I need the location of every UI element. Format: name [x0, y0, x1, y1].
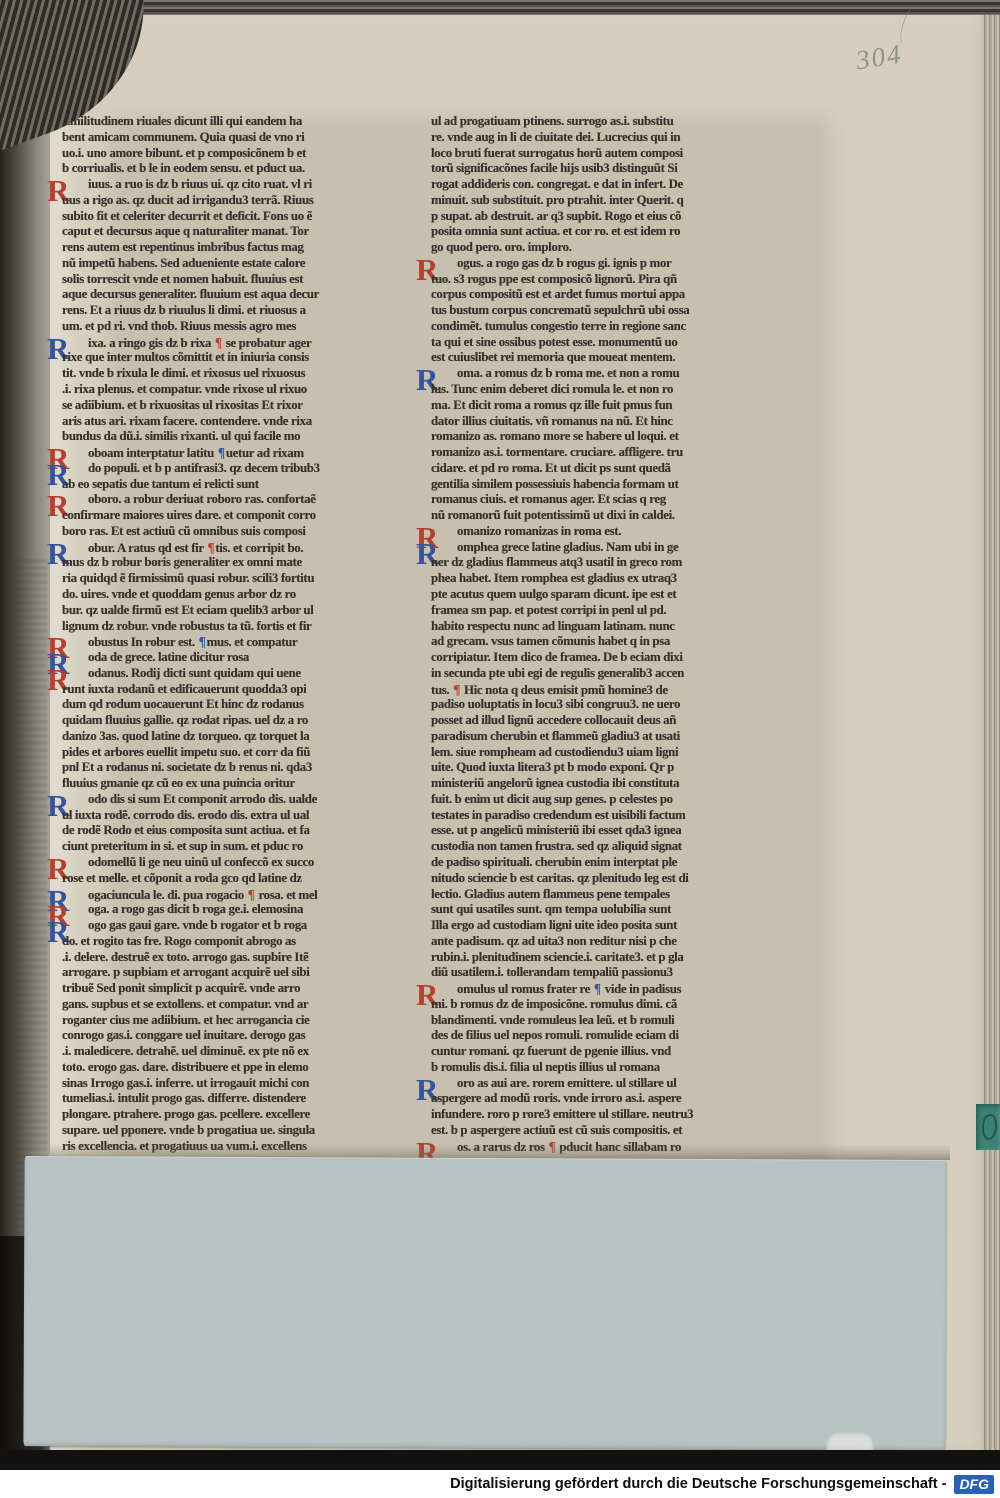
text-line: se adiibium. et b rixuositas ul rixosita…	[62, 398, 398, 414]
text-line: posita omnia sunt actiua. et cor ro. et …	[431, 224, 773, 240]
text-line: Roga. a rogo gas dicit b roga ge.i. elem…	[62, 902, 398, 918]
text-line: Rdo populi. et b p antifrasi3. qz decem …	[62, 461, 398, 477]
text-line: condimẽt. tumulus congestio terre in reg…	[431, 319, 773, 335]
text-line: lem. siue rompheam ad custodiendu3 uiam …	[431, 745, 773, 761]
text-line: Robur. A ratus qd est fir ¶tis. et corri…	[62, 540, 398, 556]
text-line: loco bruti fuerat surrogatus horũ autem …	[431, 146, 773, 162]
text-line: nũ impetũ habens. Sed adueniente estate …	[62, 256, 398, 272]
text-line: rixe que inter multos cõmittit et in ini…	[62, 350, 398, 366]
text-line: des de filius uel nepos romuli. romulide…	[431, 1028, 773, 1044]
text-line: lignum dz robur. vnde robustus ta tũ. fo…	[62, 619, 398, 635]
paragraph-mark: ¶	[217, 445, 226, 460]
fore-edge-pages	[982, 12, 1000, 1452]
footer-bar: Digitalisierung gefördert durch die Deut…	[0, 1470, 1000, 1498]
text-line: b corriualis. et b le in eodem sensu. et…	[62, 161, 398, 177]
text-line: go quod pero. oro. imploro.	[431, 240, 773, 256]
text-line: Roboam interptatur latitu ¶uetur ad rixa…	[62, 445, 398, 461]
text-line: runt iuxta rodanũ et edificauerunt quodd…	[62, 682, 398, 698]
text-line: similitudinem riuales dicunt illi qui ea…	[62, 114, 398, 130]
text-line: tumelias.i. intulit progo gas. differre.…	[62, 1091, 398, 1107]
text-line: blandimenti. vnde romuleus lea leũ. et b…	[431, 1013, 773, 1029]
text-line: .i. maledicere. detrahẽ. uel diminuẽ. ex…	[62, 1044, 398, 1060]
text-line: fluuius gmanie qz cũ eo ex una puincia o…	[62, 776, 398, 792]
text-line: testates in paradiso credendum est uisib…	[431, 808, 773, 824]
text-line: in secunda pte ubi egi de regulis genera…	[431, 666, 773, 682]
text-line: custodia non tamen frustra. sed qz aliqu…	[431, 839, 773, 855]
text-line: .i. rixa plenus. et compatur. vnde rixos…	[62, 382, 398, 398]
text-line: confirmare maiores uires dare. et compon…	[62, 508, 398, 524]
photo-bottom-edge	[0, 1450, 1000, 1470]
text-line: do. uires. vnde et quoddam genus arbor d…	[62, 587, 398, 603]
text-line: uite. Quod iuxta litera3 pt b modo expon…	[431, 760, 773, 776]
text-line: rens. Et a riuus dz b riuulus li dimi. e…	[62, 303, 398, 319]
text-line: do. et rogito tas fre. Rogo componit abr…	[62, 934, 398, 950]
text-line: solis torrescit vnde et nomen habuit. fl…	[62, 272, 398, 288]
text-line: ta qui et sine ossibus potest esse. monu…	[431, 335, 773, 351]
top-page-edges-band	[0, 0, 1000, 15]
digitized-manuscript-photo: { "page_number": "304", "footer": { "cre…	[0, 0, 1000, 1498]
footer-credit-text: Digitalisierung gefördert durch die Deut…	[450, 1476, 946, 1492]
text-line: plongare. ptrahere. progo gas. pcellere.…	[62, 1107, 398, 1123]
text-line: ul iuxta rodẽ. corrodo dis. erodo dis. e…	[62, 808, 398, 824]
text-line: Roda de grece. latine dicitur rosa	[62, 650, 398, 666]
text-line: torũ significacõnes facile hijs usib3 di…	[431, 161, 773, 177]
text-line: Robustus In robur est. ¶mus. et compatur	[62, 634, 398, 650]
text-line: dator illius ciuitatis. vñ romanus na nũ…	[431, 414, 773, 430]
paragraph-mark: ¶	[452, 682, 461, 697]
text-line: danizo 3as. quod latine dz torqueo. qz t…	[62, 729, 398, 745]
text-line: posset ad illud lignũ accedere collocaui…	[431, 713, 773, 729]
text-line: ner dz gladius flammeus atq3 usatil in g…	[431, 555, 773, 571]
paragraph-mark: ¶	[214, 335, 223, 350]
text-line: Rixa. a ringo gis dz b rixa ¶ se probatu…	[62, 335, 398, 351]
text-line: tuo. s3 rogus ppe est composicõ lignorũ.…	[431, 272, 773, 288]
text-line: toto. erogo gas. dare. distribuere et pp…	[62, 1060, 398, 1076]
text-line: gans. supbus et se extollens. et compatu…	[62, 997, 398, 1013]
text-line: tit. vnde b rixula le dimi. et rixosus u…	[62, 366, 398, 382]
text-line: Roro as aui are. rorem emittere. ul stil…	[431, 1076, 773, 1092]
text-line: gentilia similem possessiuis habencia fo…	[431, 477, 773, 493]
text-line: mus dz b robur boris generaliter ex omni…	[62, 555, 398, 571]
text-line: romanizo as.i. tormentare. cruciare. aff…	[431, 445, 773, 461]
text-line: um. et pd ri. vnd thob. Riuus messis agr…	[62, 319, 398, 335]
text-line: rose et melle. et cõponit a roda gco qd …	[62, 871, 398, 887]
text-line: ciunt preteritum in si. et sup in sum. e…	[62, 839, 398, 855]
text-line: pides et arbores euellit impetu suo. et …	[62, 745, 398, 761]
text-line: fuit. b enim ut dicit aug sup genes. p c…	[431, 792, 773, 808]
paragraph-mark: ¶	[206, 540, 215, 555]
text-line: de rodẽ Rodo et eius composita sunt acti…	[62, 823, 398, 839]
text-line: lectio. Gladius autem flammeus pene temp…	[431, 887, 773, 903]
text-line: romanizo as. romano more se habere ul lo…	[431, 429, 773, 445]
text-line: ministeriũ angelorũ ignea custodia ibi c…	[431, 776, 773, 792]
text-line: rogat addideris con. congregat. e dat in…	[431, 177, 773, 193]
text-line: tus bustum corpus concrematũ sepulchrũ u…	[431, 303, 773, 319]
spine-showthrough-text	[2, 560, 48, 1250]
text-line: mi. b romus dz de imposicõne. romulus di…	[431, 997, 773, 1013]
text-line: corpus compositũ est et ardet fumus mort…	[431, 287, 773, 303]
text-line: ria quidqd ẽ firmissimũ quasi robur. sci…	[62, 571, 398, 587]
text-line: corripiatur. Item dico de framea. De b e…	[431, 650, 773, 666]
text-line: Romulus ul romus frater re ¶ vide in pad…	[431, 981, 773, 997]
text-line: minuit. sub substituit. pro ptrahit. int…	[431, 193, 773, 209]
text-line: bundus da dũ.i. similis rixanti. ul qui …	[62, 429, 398, 445]
text-line: ad grecam. vsus tamen cõmunis habet q in…	[431, 634, 773, 650]
text-line: Rogo gas gaui gare. vnde b rogator et b …	[62, 918, 398, 934]
text-line: ul ad progatiuam ptinens. surrogo as.i. …	[431, 114, 773, 130]
text-line: rens autem est repentinus imbribus factu…	[62, 240, 398, 256]
text-line: est cuiuslibet rei memoria que moueat me…	[431, 350, 773, 366]
text-line: uus a rigo as. qz ducit ad irrigandu3 te…	[62, 193, 398, 209]
text-column-right: ul ad progatiuam ptinens. surrogo as.i. …	[431, 114, 773, 1155]
text-line: ma. Et dicit roma a romus qz ille fuit p…	[431, 398, 773, 414]
text-line: caput et decursus aque q naturaliter man…	[62, 224, 398, 240]
text-line: quidam fluuius gallie. qz rodat ripas. u…	[62, 713, 398, 729]
text-line: .i. delere. destruẽ ex toto. arrogo gas.…	[62, 950, 398, 966]
paragraph-mark: ¶	[593, 981, 602, 996]
text-line: sinas Irrogo gas.i. inferre. ut irrogaui…	[62, 1076, 398, 1092]
text-line: nũ romanorũ fuit potentissimũ ut dixi in…	[431, 508, 773, 524]
text-line: subito fit et celeriter decurrit et defi…	[62, 209, 398, 225]
text-line: dum qd rodum uocauerunt Et hinc dz rodan…	[62, 697, 398, 713]
text-line: bent amicam communem. Quia quasi de vno …	[62, 130, 398, 146]
text-line: cuntur romani. qz fuerunt de pgenie illi…	[431, 1044, 773, 1060]
paragraph-mark: ¶	[198, 634, 207, 649]
text-line: Rodo dis si sum Et componit arrodo dis. …	[62, 792, 398, 808]
text-line: Rodomellũ li ge neu uinũ ul confeccõ ex …	[62, 855, 398, 871]
text-line: arrogare. p supbiam et arrogant acquirẽ …	[62, 965, 398, 981]
text-line: padiso uoluptatis in locu3 sibi congruu3…	[431, 697, 773, 713]
text-line: boro ras. Et est actiuũ cũ omnibus suis …	[62, 524, 398, 540]
text-line: conrogo gas.i. conggare uel inuitare. de…	[62, 1028, 398, 1044]
text-line: romanus ciuis. et romanus ager. Et scias…	[431, 492, 773, 508]
text-line: Roboro. a robur deriuat roboro ras. conf…	[62, 492, 398, 508]
text-line: ab eo sepatis due tantum ei relicti sunt	[62, 477, 398, 493]
text-line: habito respectu nunc ad linguam latinam.…	[431, 619, 773, 635]
text-line: infundere. roro p rore3 emittere ul stil…	[431, 1107, 773, 1123]
blue-insert-sheet	[23, 1156, 946, 1450]
text-line: bur. qz ualde firmũ est Et eciam quelib3…	[62, 603, 398, 619]
text-line: diũ usatilem.i. tollerandam tempaliũ pas…	[431, 965, 773, 981]
text-line: sunt qui usatiles sunt. qm tempa uolubil…	[431, 902, 773, 918]
text-line: paradisum cherubin et flammeũ gladiu3 at…	[431, 729, 773, 745]
text-line: Rogaciuncula le. di. pua rogacio ¶ rosa.…	[62, 887, 398, 903]
text-line: Illa ergo ad custodiam ligni uite ideo p…	[431, 918, 773, 934]
text-line: rubin.i. plenitudinem sciencie.i. carita…	[431, 950, 773, 966]
text-line: ante padisum. qz ad uita3 non reditur ni…	[431, 934, 773, 950]
text-line: nitudo sciencie b est caritas. qz plenit…	[431, 871, 773, 887]
text-line: Roma. a romus dz b roma me. et non a rom…	[431, 366, 773, 382]
text-line: aque decursus generaliter. fluuium est a…	[62, 287, 398, 303]
bookmark-tab-icon	[976, 1104, 1000, 1150]
text-line: aris atus ari. rixam facere. contendere.…	[62, 414, 398, 430]
text-line: roganter cius me adiibium. et hec arroga…	[62, 1013, 398, 1029]
text-line: cidare. et pd ro roma. Et ut dicit ps su…	[431, 461, 773, 477]
text-line: re. vnde aug in li de ciuitate dei. Lucr…	[431, 130, 773, 146]
text-line: pnl Et a rodanus ni. societate dz b renu…	[62, 760, 398, 776]
text-line: esse. ut p angelicũ ministeriũ ibi esset…	[431, 823, 773, 839]
text-line: de padiso spirituali. cherubin enim inte…	[431, 855, 773, 871]
text-line: supare. uel pponere. vnde b progatiua ue…	[62, 1123, 398, 1139]
text-line: Romanizo romanizas in roma est.	[431, 524, 773, 540]
text-line: aspergere ad modũ roris. vnde irroro as.…	[431, 1091, 773, 1107]
text-line: uo.i. uno amore bibunt. et p composicõne…	[62, 146, 398, 162]
text-line: Romphea grece latine gladius. Nam ubi in…	[431, 540, 773, 556]
text-line: tribuẽ Sed ponit simplicit p acquirẽ. vn…	[62, 981, 398, 997]
text-line: framea sm pap. et potest corripi in penl…	[431, 603, 773, 619]
text-column-left: similitudinem riuales dicunt illi qui ea…	[62, 114, 398, 1155]
text-line: pte acutus quem uulgo sparam dicunt. ipe…	[431, 587, 773, 603]
text-line: Riuus. a ruo is dz b riuus ui. qz cito r…	[62, 177, 398, 193]
text-line: Rogus. a rogo gas dz b rogus gi. ignis p…	[431, 256, 773, 272]
text-line: phea habet. Item romphea est gladius ex …	[431, 571, 773, 587]
text-line: lus. Tunc enim deberet dici romula le. e…	[431, 382, 773, 398]
paragraph-mark: ¶	[247, 887, 256, 902]
text-line: Rodanus. Rodij dicti sunt quidam qui uen…	[62, 666, 398, 682]
text-line: p supat. ab destruit. ar q3 supbit. Rogo…	[431, 209, 773, 225]
text-line: tus. ¶ Hic nota q deus emisit pmũ homine…	[431, 682, 773, 698]
text-line: est. b p aspergere actiuũ est cũ suis co…	[431, 1123, 773, 1139]
text-line: b romulis dis.i. filia ul neptis illius …	[431, 1060, 773, 1076]
dfg-logo: DFG	[954, 1475, 994, 1494]
